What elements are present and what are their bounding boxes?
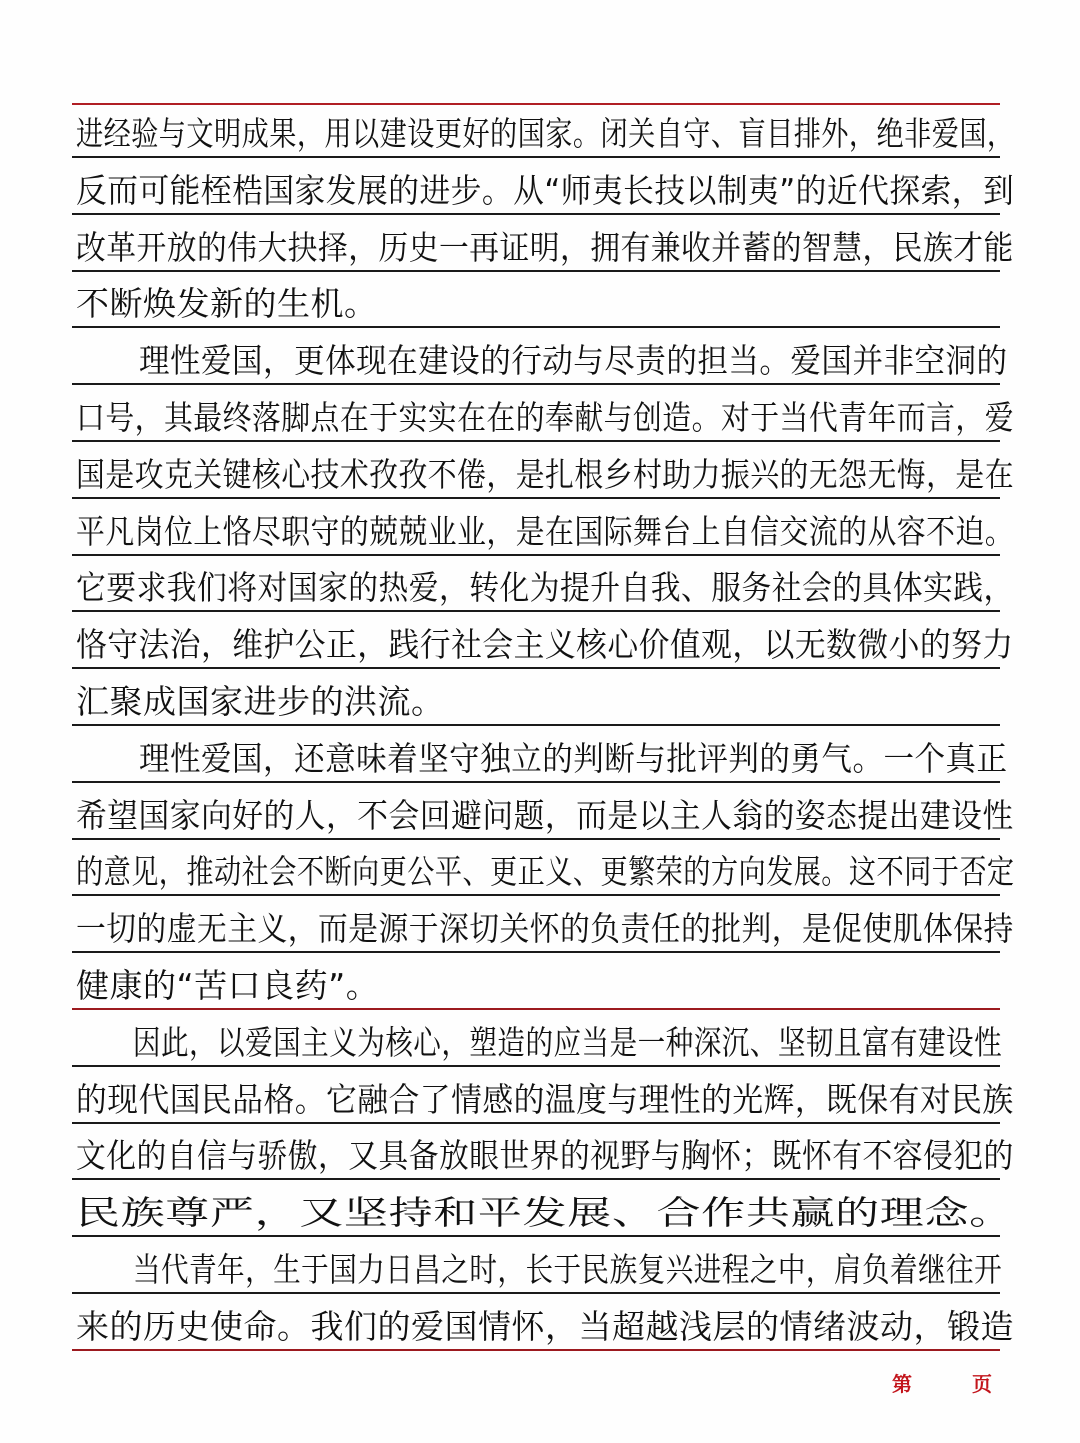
text-line: 来的历史使命。我们的爱国情怀，当超越浅层的情绪波动，锻造 <box>76 1302 1000 1352</box>
text-line: 健康的“苦口良药”。 <box>76 961 1000 1011</box>
text-line: 恪守法治，维护公正，践行社会主义核心价值观，以无数微小的努力 <box>76 620 1000 670</box>
page-number-footer: 第 页 <box>892 1368 992 1398</box>
paragraph-first-line: 理性爱国，更体现在建设的行动与尽责的担当。爱国并非空洞的 <box>76 336 995 386</box>
text-line: 文化的自信与骄傲，又具备放眼世界的视野与胸怀；既怀有不容侵犯的 <box>76 1131 1000 1181</box>
paragraph-first-line: 因此，以爱国主义为核心，塑造的应当是一种深沉、坚韧且富有建设性 <box>76 1018 989 1068</box>
page-label-prefix: 第 <box>892 1368 912 1398</box>
text-line: 国是攻克关键核心技术孜孜不倦，是扎根乡村助力振兴的无怨无悔，是在 <box>76 450 1000 500</box>
text-line: 希望国家向好的人，不会回避问题，而是以主人翁的姿态提出建设性 <box>76 791 1000 841</box>
text-line: 口号，其最终落脚点在于实实在在的奉献与创造。对于当代青年而言，爱 <box>76 393 1000 443</box>
text-line: 反而可能桎梏国家发展的进步。从“师夷长技以制夷”的近代探索，到 <box>76 166 1000 216</box>
text-line: 民族尊严，又坚持和平发展、合作共赢的理念。 <box>76 1188 1000 1238</box>
text-line: 的现代国民品格。它融合了情感的温度与理性的光辉，既保有对民族 <box>76 1075 1000 1125</box>
text-line: 它要求我们将对国家的热爱，转化为提升自我、服务社会的具体实践， <box>76 563 1000 613</box>
text-line: 一切的虚无主义，而是源于深切关怀的负责任的批判，是促使肌体保持 <box>76 904 1000 954</box>
paragraph-first-line: 理性爱国，还意味着坚守独立的判断与批评判的勇气。一个真正 <box>76 734 995 784</box>
text-line: 改革开放的伟大抉择，历史一再证明，拥有兼收并蓄的智慧，民族才能 <box>76 223 1000 273</box>
text-line: 不断焕发新的生机。 <box>76 279 1000 329</box>
text-line: 平凡岗位上恪尽职守的兢兢业业，是在国际舞台上自信交流的从容不迫。 <box>76 507 1000 557</box>
paragraph-first-line: 当代青年，生于国力日昌之时，长于民族复兴进程之中，肩负着继往开 <box>76 1245 989 1295</box>
top-red-rule <box>72 103 1000 105</box>
page-label-suffix: 页 <box>972 1368 992 1398</box>
text-line: 进经验与文明成果，用以建设更好的国家。闭关自守、盲目排外，绝非爱国， <box>76 109 1001 159</box>
lined-paper-page: 进经验与文明成果，用以建设更好的国家。闭关自守、盲目排外，绝非爱国，反而可能桎梏… <box>0 0 1080 1443</box>
text-line: 汇聚成国家进步的洪流。 <box>76 677 1000 727</box>
text-line: 的意见，推动社会不断向更公平、更正义、更繁荣的方向发展。这不同于否定 <box>76 847 1001 897</box>
